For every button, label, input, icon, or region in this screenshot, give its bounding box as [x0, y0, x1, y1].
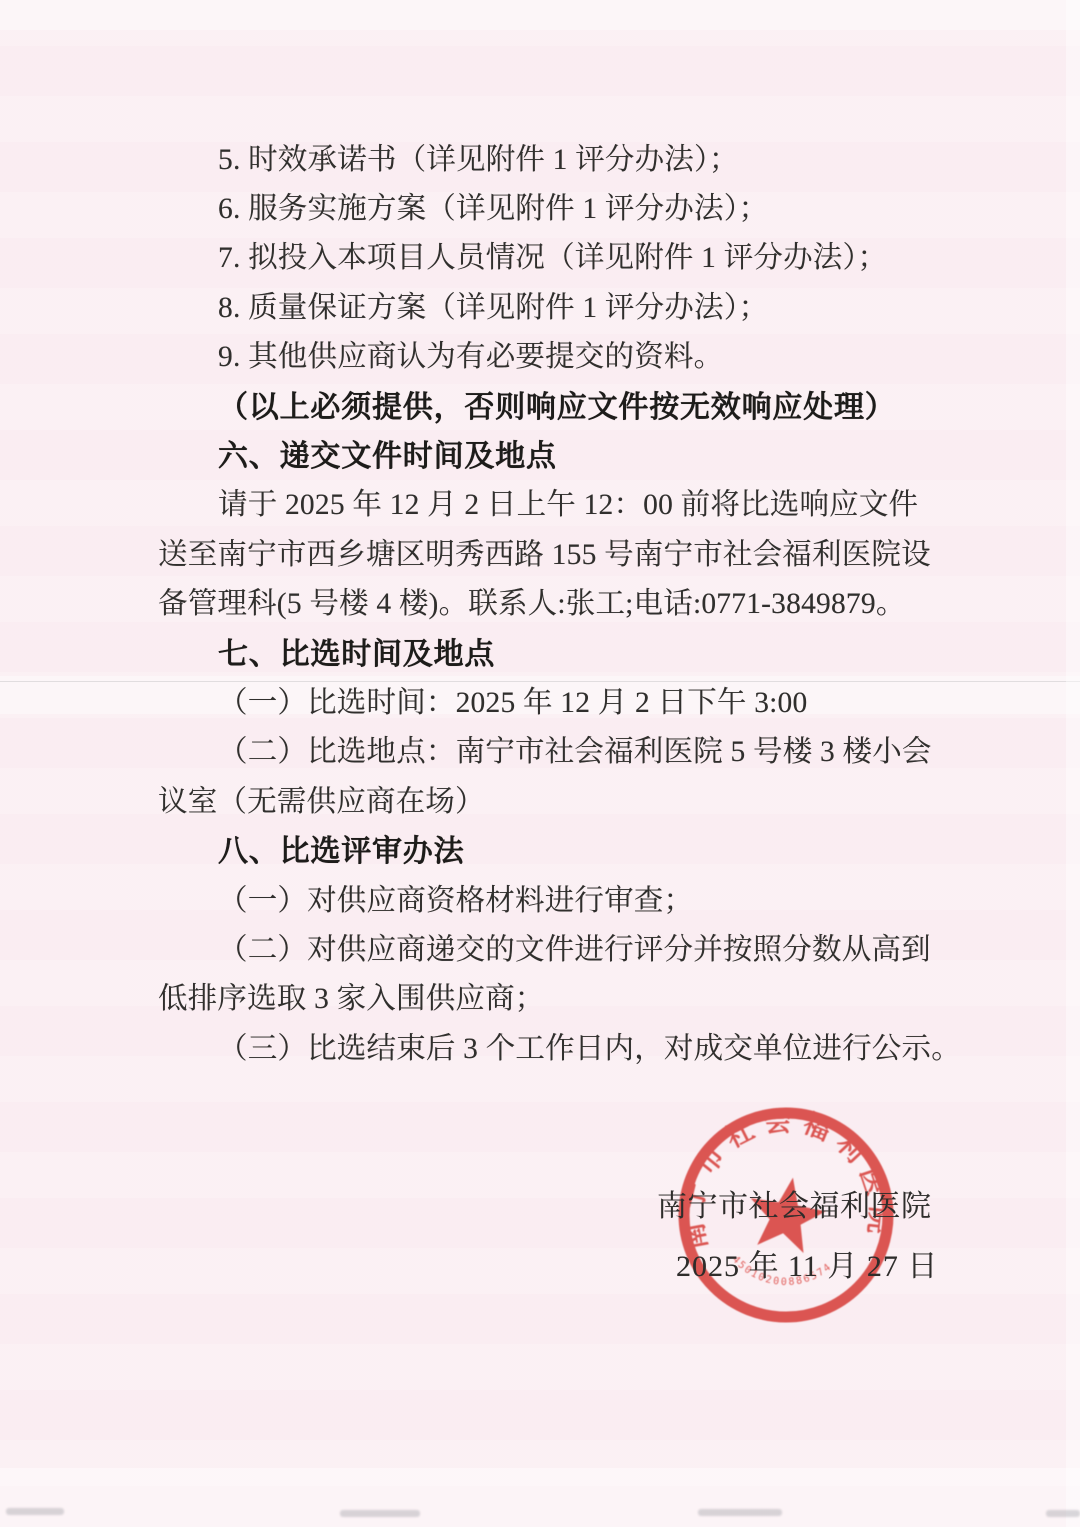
signature-date: 2025 年 11 月 27 日 [676, 1241, 938, 1285]
scan-edge-strip [1066, 0, 1080, 1527]
checklist-item-9: 9. 其他供应商认为有必要提交的资料。 [158, 330, 940, 379]
section-six-line-1: 请于 2025 年 12 月 2 日上午 12：00 前将比选响应文件 [158, 478, 940, 527]
section-six-line-3: 备管理科(5 号楼 4 楼)。联系人:张工;电话:0771-3849879。 [158, 577, 940, 626]
section-seven-line-1: （一）比选时间：2025 年 12 月 2 日下午 3:00 [158, 675, 940, 724]
checklist-item-6: 6. 服务实施方案（详见附件 1 评分办法）； [158, 181, 940, 230]
section-eight-line-4: （三）比选结束后 3 个工作日内，对成交单位进行公示。 [158, 1021, 940, 1070]
document-body: 5. 时效承诺书（详见附件 1 评分办法）； 6. 服务实施方案（详见附件 1 … [158, 132, 940, 1070]
scanned-document-page: 5. 时效承诺书（详见附件 1 评分办法）； 6. 服务实施方案（详见附件 1 … [0, 0, 1080, 1527]
section-seven-line-2: （二）比选地点：南宁市社会福利医院 5 号楼 3 楼小会 [158, 725, 940, 774]
scan-light-band-bottom [0, 1468, 1080, 1527]
section-seven-line-3: 议室（无需供应商在场） [158, 774, 940, 823]
section-six-line-2: 送至南宁市西乡塘区明秀西路 155 号南宁市社会福利医院设 [158, 527, 940, 576]
section-six-heading: 六、递交文件时间及地点 [158, 428, 940, 477]
section-eight-heading: 八、比选评审办法 [158, 823, 940, 872]
scan-smudge [340, 1510, 420, 1517]
section-eight-line-1: （一）对供应商资格材料进行审查； [158, 873, 940, 922]
checklist-item-7: 7. 拟投入本项目人员情况（详见附件 1 评分办法）； [158, 231, 940, 280]
scan-smudge [698, 1509, 782, 1516]
mandatory-note: （以上必须提供，否则响应文件按无效响应处理） [158, 379, 940, 428]
section-seven-heading: 七、比选时间及地点 [158, 626, 940, 675]
section-eight-line-2: （二）对供应商递交的文件进行评分并按照分数从高到 [158, 922, 940, 971]
section-eight-line-3: 低排序选取 3 家入围供应商； [158, 972, 940, 1021]
checklist-item-5: 5. 时效承诺书（详见附件 1 评分办法）； [158, 132, 940, 181]
signature-org: 南宁市社会福利医院 [657, 1181, 932, 1225]
checklist-item-8: 8. 质量保证方案（详见附件 1 评分办法）； [158, 280, 940, 329]
scan-light-band-top [0, 0, 1080, 30]
scan-smudge [1046, 1510, 1080, 1517]
scan-smudge [6, 1508, 64, 1515]
